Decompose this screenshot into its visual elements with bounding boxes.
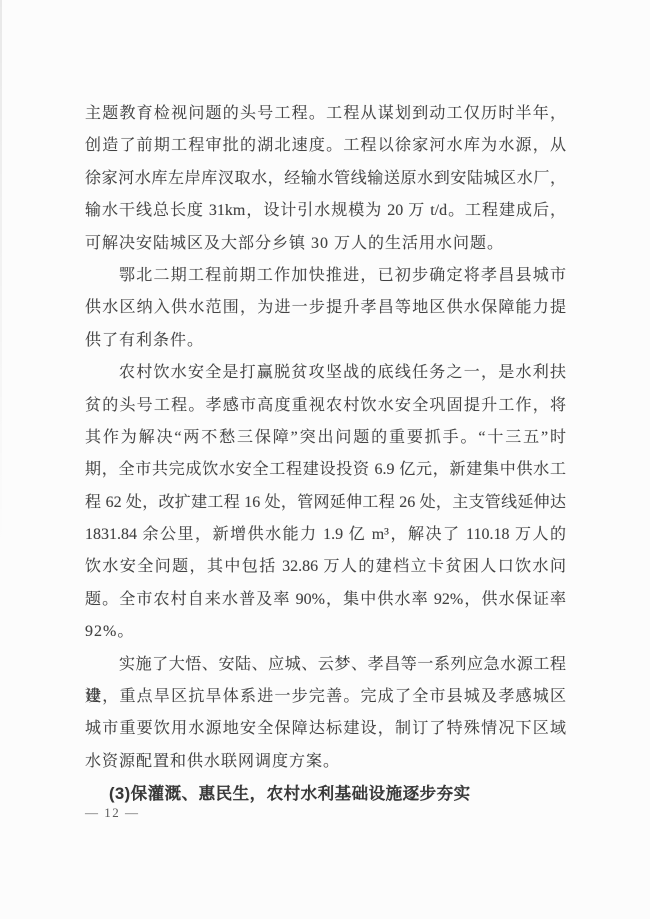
text-line: 贫的头号工程。孝感市高度重视农村饮水安全巩固提升工作，将 <box>85 390 566 422</box>
body-text: 主题教育检视问题的头号工程。工程从谋划到动工仅历时半年， 创造了前期工程审批的湖… <box>85 98 566 811</box>
text-line paragraph-end: 可解决安陆城区及大部分乡镇 30 万人的生活用水问题。 <box>85 228 566 260</box>
text-line paragraph-end: 水资源配置和供水联网调度方案。 <box>85 746 566 778</box>
text-line: 设，重点旱区抗旱体系进一步完善。完成了全市县城及孝感城区 <box>85 681 566 713</box>
section-heading: (3)保灌溉、惠民生，农村水利基础设施逐步夯实 <box>85 778 566 810</box>
text-line: 题。全市农村自来水普及率 90%，集中供水率 92%，供水保证率 <box>85 584 566 616</box>
text-line paragraph-end: 供了有利条件。 <box>85 325 566 357</box>
text-line: 供水区纳入供水范围，为进一步提升孝昌等地区供水保障能力提 <box>85 292 566 324</box>
text-line: 1831.84 余公里，新增供水能力 1.9 亿 m³，解决了 110.18 万… <box>85 519 566 551</box>
text-line paragraph-end: 92%。 <box>85 616 566 648</box>
text-line: 徐家河水库左岸库汊取水，经输水管线输送原水到安陆城区水厂， <box>85 163 566 195</box>
text-line: 其作为解决“两不愁三保障”突出问题的重要抓手。“十三五”时 <box>85 422 566 454</box>
text-line: 主题教育检视问题的头号工程。工程从谋划到动工仅历时半年， <box>85 98 566 130</box>
text-line: 输水干线总长度 31km，设计引水规模为 20 万 t/d。工程建成后， <box>85 195 566 227</box>
text-line: 创造了前期工程审批的湖北速度。工程以徐家河水库为水源，从 <box>85 130 566 162</box>
document-page: 主题教育检视问题的头号工程。工程从谋划到动工仅历时半年， 创造了前期工程审批的湖… <box>0 0 650 919</box>
text-line: 城市重要饮用水源地安全保障达标建设，制订了特殊情况下区域 <box>85 713 566 745</box>
text-line paragraph-start: 实施了大悟、安陆、应城、云梦、孝昌等一系列应急水源工程建 <box>85 649 566 681</box>
text-line paragraph-start: 鄂北二期工程前期工作加快推进，已初步确定将孝昌县城市 <box>85 260 566 292</box>
text-line: 饮水安全问题，其中包括 32.86 万人的建档立卡贫困人口饮水问 <box>85 551 566 583</box>
scan-edge-shadow <box>0 0 2 551</box>
text-line: 期，全市共完成饮水安全工程建设投资 6.9 亿元，新建集中供水工 <box>85 454 566 486</box>
text-line paragraph-start: 农村饮水安全是打赢脱贫攻坚战的底线任务之一，是水利扶 <box>85 357 566 389</box>
page-number: — 12 — <box>85 806 140 820</box>
text-line: 程 62 处，改扩建工程 16 处，管网延伸工程 26 处，主支管线延伸达 <box>85 487 566 519</box>
